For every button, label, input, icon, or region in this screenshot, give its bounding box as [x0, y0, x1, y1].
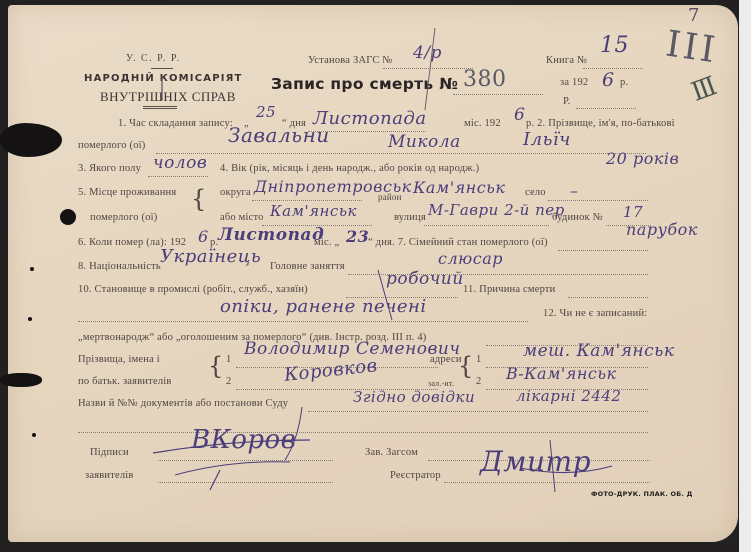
pen-strokes: [0, 0, 751, 552]
